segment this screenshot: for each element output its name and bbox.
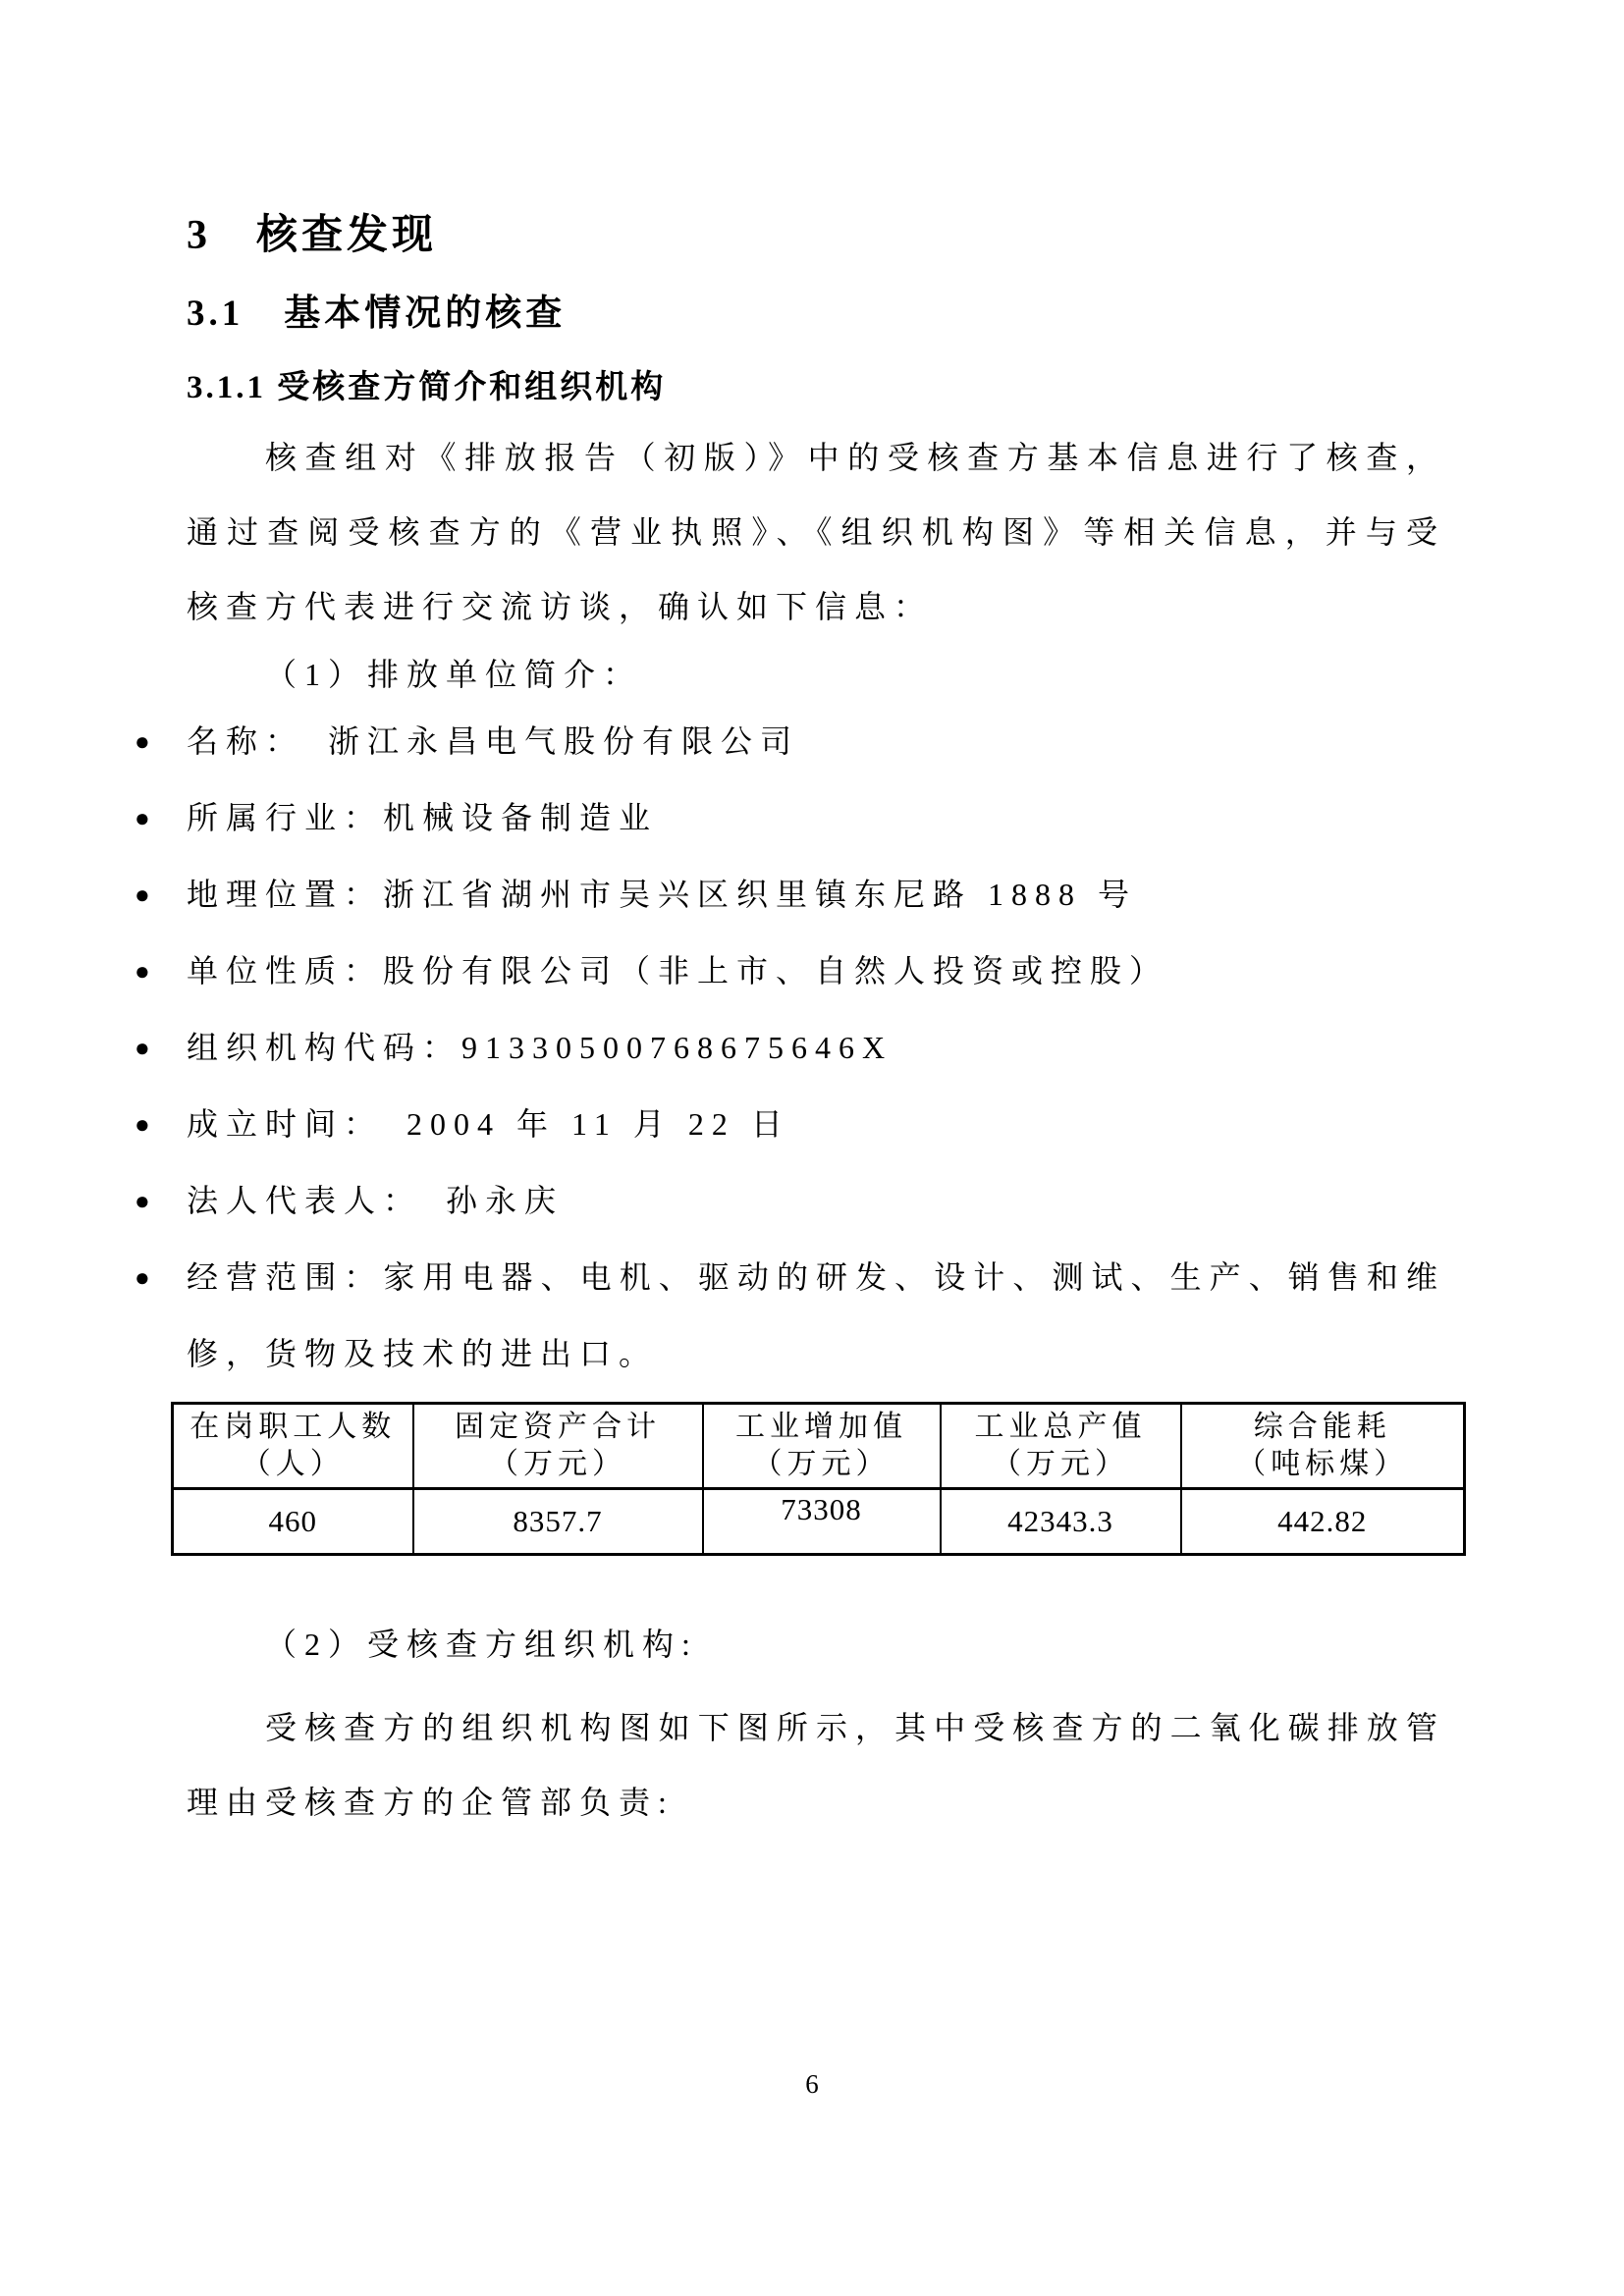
list-item: ●单位性质：股份有限公司（非上市、自然人投资或控股）	[187, 933, 1445, 1009]
table-header-energy-consumption: 综合能耗（吨标煤）	[1181, 1404, 1465, 1489]
bullet-icon: ●	[135, 1163, 150, 1240]
list-item-text: 法人代表人： 孙永庆	[187, 1183, 564, 1218]
table-cell-industrial-added-value: 73308	[703, 1489, 941, 1555]
table-cell-fixed-assets: 8357.7	[413, 1489, 703, 1555]
bullet-icon: ●	[135, 780, 150, 857]
intro-paragraph: 核查组对《排放报告（初版）》中的受核查方基本信息进行了核查，通过查阅受核查方的《…	[187, 420, 1445, 644]
table-cell-gross-output: 42343.3	[941, 1489, 1181, 1555]
list-item-text: 经营范围：家用电器、电机、驱动的研发、设计、测试、生产、销售和维修，货物及技术的…	[187, 1259, 1445, 1371]
page-number: 6	[0, 2069, 1624, 2100]
list-item-text: 所属行业：机械设备制造业	[187, 800, 658, 835]
table-header-gross-output: 工业总产值（万元）	[941, 1404, 1181, 1489]
bullet-icon: ●	[135, 1087, 150, 1163]
section-heading: 3 核查发现	[187, 202, 1445, 261]
table-header-industrial-added-value: 工业增加值（万元）	[703, 1404, 941, 1489]
list-item: ●法人代表人： 孙永庆	[187, 1162, 1445, 1239]
list-title-2: （2）受核查方组织机构:	[187, 1620, 1524, 1665]
list-item: ●成立时间： 2004 年 11 月 22 日	[187, 1086, 1445, 1162]
list-item: ●经营范围：家用电器、电机、驱动的研发、设计、测试、生产、销售和维修，货物及技术…	[187, 1239, 1445, 1392]
list-item-text: 成立时间： 2004 年 11 月 22 日	[187, 1106, 790, 1142]
list-item-text: 名称： 浙江永昌电气股份有限公司	[187, 723, 799, 759]
table-cell-energy-consumption: 442.82	[1181, 1489, 1465, 1555]
list-item-text: 单位性质：股份有限公司（非上市、自然人投资或控股）	[187, 953, 1168, 988]
bullet-icon: ●	[135, 1010, 150, 1087]
list-item: ●所属行业：机械设备制造业	[187, 779, 1445, 856]
bullet-icon: ●	[135, 934, 150, 1010]
table-header-fixed-assets: 固定资产合计（万元）	[413, 1404, 703, 1489]
table-header-employees: 在岗职工人数（人）	[173, 1404, 413, 1489]
subsection-heading: 3.1 基本情况的核查	[187, 283, 1445, 336]
bullet-icon: ●	[135, 857, 150, 934]
table-value-row: 460 8357.7 73308 42343.3 442.82	[173, 1489, 1465, 1555]
org-structure-paragraph: 受核查方的组织机构图如下图所示，其中受核查方的二氧化碳排放管理由受核查方的企管部…	[187, 1690, 1445, 1840]
bullet-icon: ●	[135, 1240, 150, 1316]
subsubsection-heading: 3.1.1 受核查方简介和组织机构	[187, 361, 1445, 407]
list-item-text: 组织机构代码：91330500768675646X	[187, 1030, 893, 1065]
basic-info-table: 在岗职工人数（人） 固定资产合计（万元） 工业增加值（万元） 工业总产值（万元）…	[171, 1402, 1466, 1556]
list-title-1: （1）排放单位简介：	[187, 650, 1524, 695]
list-item: ●组织机构代码：91330500768675646X	[187, 1009, 1445, 1086]
table-cell-employees: 460	[173, 1489, 413, 1555]
list-item: ●地理位置：浙江省湖州市吴兴区织里镇东尼路 1888 号	[187, 856, 1445, 933]
list-item-text: 地理位置：浙江省湖州市吴兴区织里镇东尼路 1888 号	[187, 877, 1137, 912]
company-info-list: ●名称： 浙江永昌电气股份有限公司 ●所属行业：机械设备制造业 ●地理位置：浙江…	[187, 703, 1445, 1392]
table-header-row: 在岗职工人数（人） 固定资产合计（万元） 工业增加值（万元） 工业总产值（万元）…	[173, 1404, 1465, 1489]
bullet-icon: ●	[135, 704, 150, 780]
list-item: ●名称： 浙江永昌电气股份有限公司	[187, 703, 1445, 779]
document-page: 3 核查发现 3.1 基本情况的核查 3.1.1 受核查方简介和组织机构 核查组…	[0, 0, 1624, 2296]
